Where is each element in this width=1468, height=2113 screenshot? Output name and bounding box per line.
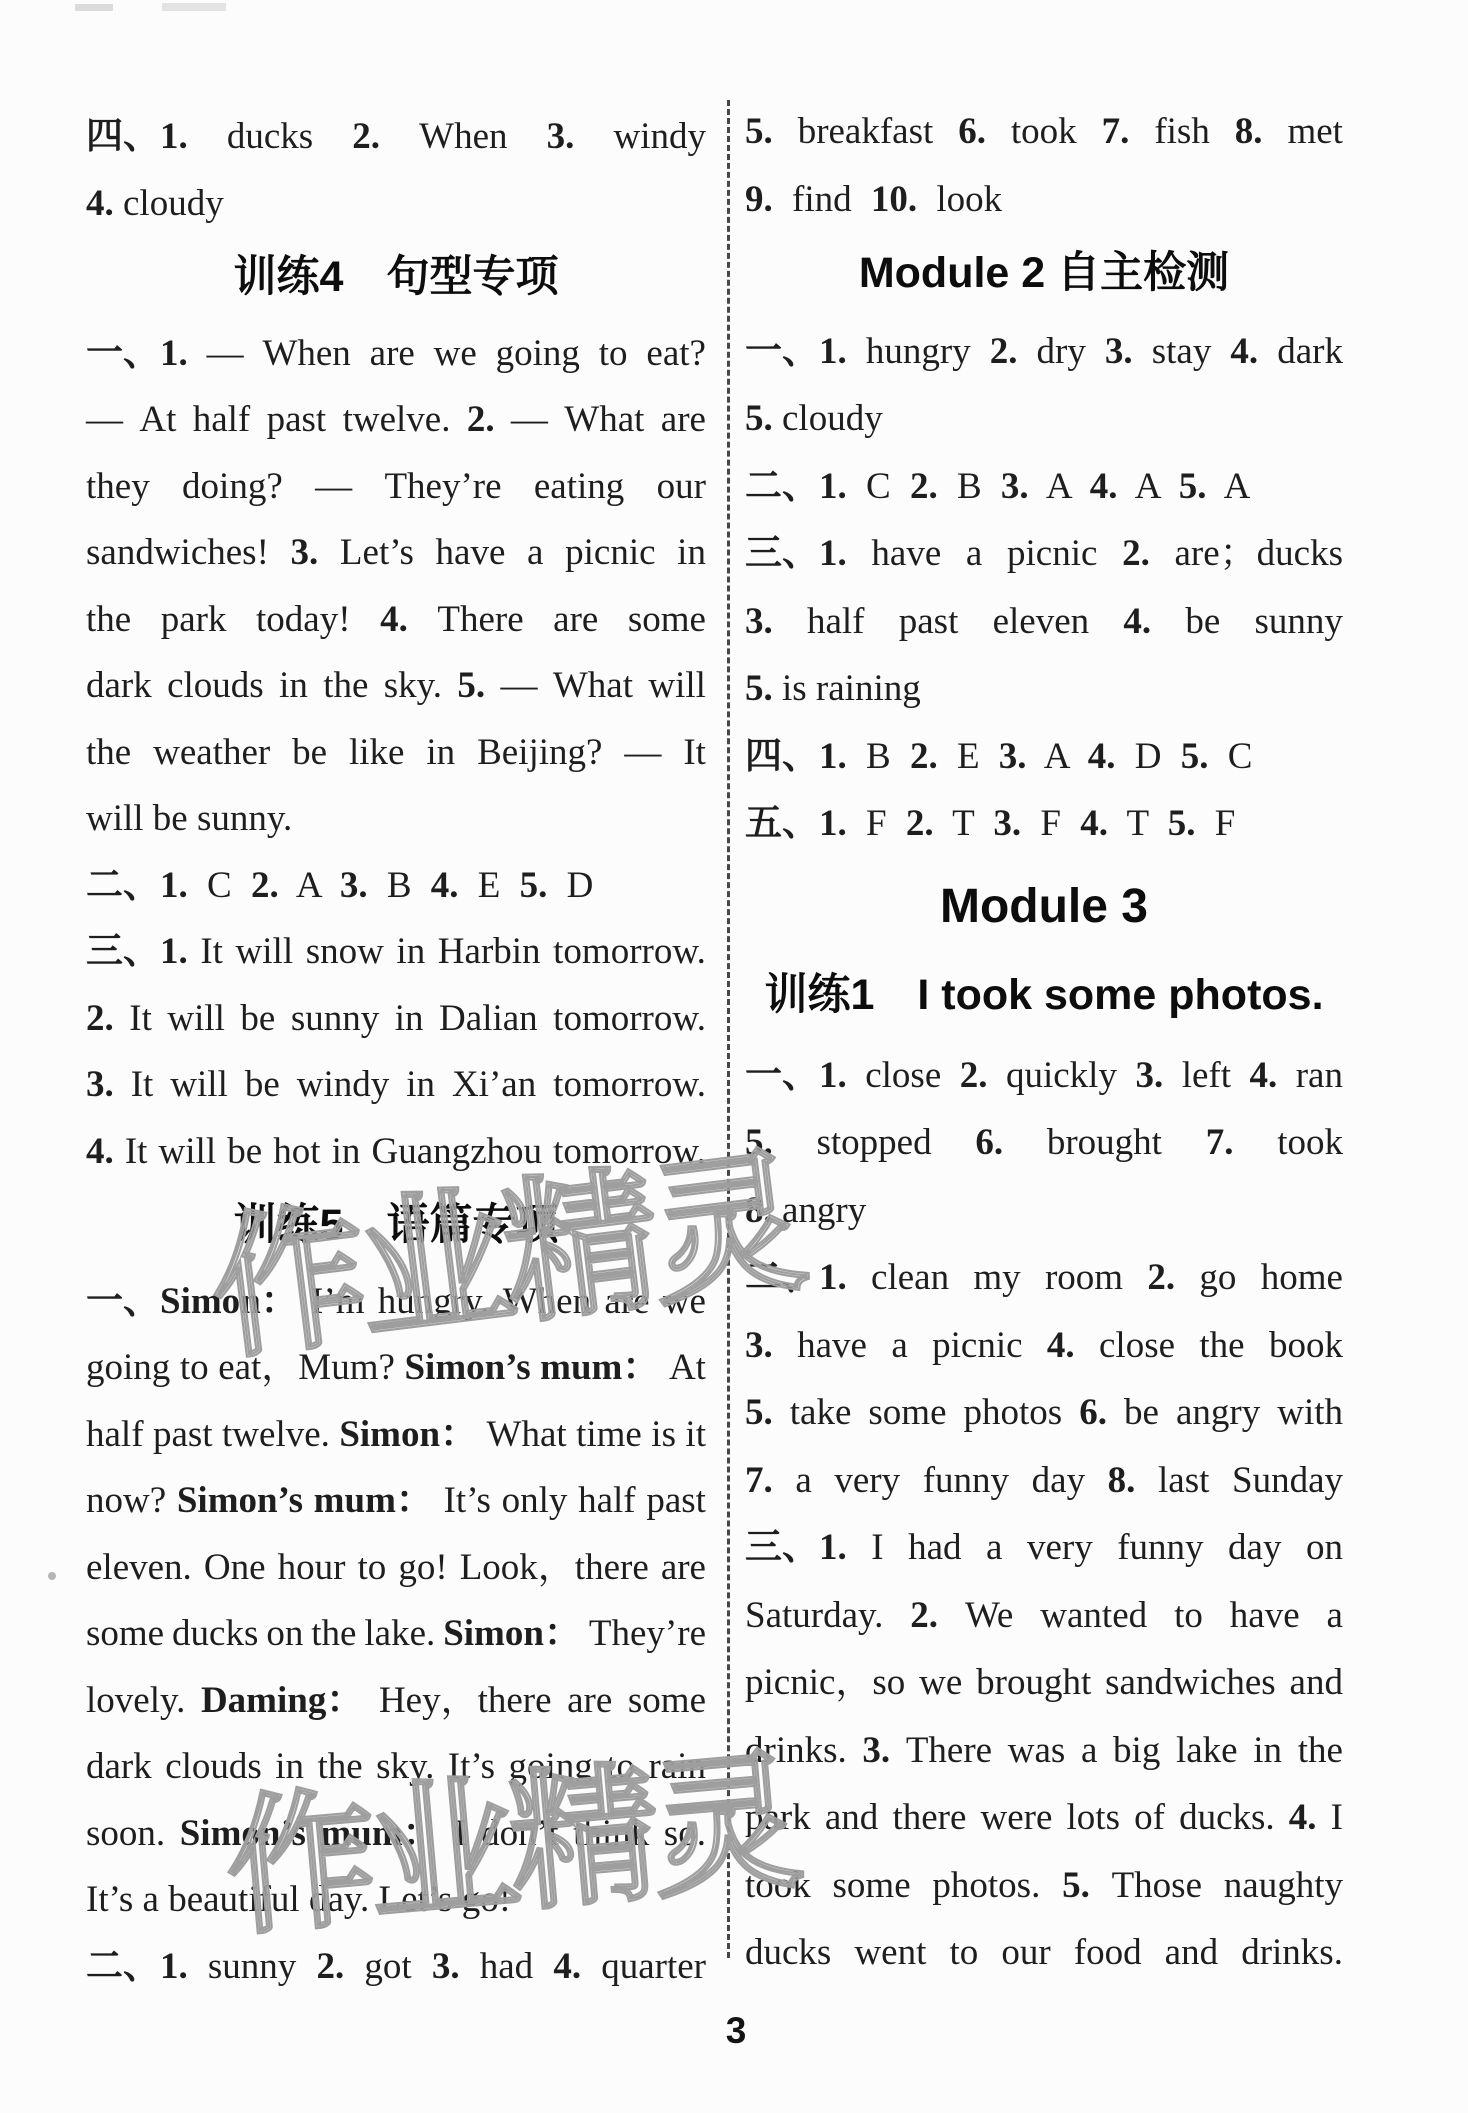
answer-text-line: theweatherbelikeinBeijing?—It <box>86 720 706 787</box>
answer-text-line: 4.ItwillbehotinGuangzhoutomorrow. <box>86 1119 706 1186</box>
section-heading: Module 2 自主检测 <box>745 240 1343 308</box>
answer-text-line: theydoing?—They’reeatingour <box>86 454 706 521</box>
answer-text-line: 二、1.sunny2.got3.had4.quarter <box>86 1934 706 2001</box>
scan-artifact <box>48 1572 56 1580</box>
answer-text-line: 8. angry <box>745 1177 1343 1245</box>
answer-text-line: 一、1.hungry2.dry3.stay4.dark <box>745 318 1343 386</box>
answer-text-line: someducksonthelake.Simon：They’re <box>86 1601 706 1668</box>
answer-text-line: soon.Simon’smum：Idon’tthinkso. <box>86 1801 706 1868</box>
answer-text-line: —Athalfpasttwelve.2.—Whatare <box>86 387 706 454</box>
answer-text-line: It’s a beautiful day. Let’s go! <box>86 1867 706 1934</box>
answer-text-line: 5.stopped6.brought7.took <box>745 1109 1343 1177</box>
answer-text-line: duckswenttoourfoodanddrinks. <box>745 1919 1343 1987</box>
column-divider-dashed-rule <box>727 100 730 1958</box>
right-column: 5.breakfast6.took7.fish8.met9. find 10. … <box>745 98 1343 1987</box>
answer-text-line: eleven.Onehourtogo!Look，thereare <box>86 1535 706 1602</box>
answer-text-line: 3.halfpasteleven4.besunny <box>745 588 1343 656</box>
answer-text-line: now?Simon’smum：It’sonlyhalfpast <box>86 1468 706 1535</box>
answer-text-line: 二、1. C 2. A 3. B 4. E 5. D <box>86 853 706 920</box>
answer-text-line: 五、1. F 2. T 3. F 4. T 5. F <box>745 790 1343 858</box>
answer-text-line: 3.haveapicnic4.closethebook <box>745 1312 1343 1380</box>
answer-text-line: 2.ItwillbesunnyinDaliantomorrow. <box>86 986 706 1053</box>
left-column: 四、1.ducks2.When3.windy4. cloudy训练4 句型专项一… <box>86 104 706 2000</box>
answer-text-line: 7.averyfunnyday8.lastSunday <box>745 1447 1343 1515</box>
answer-text-line: Saturday.2.Wewantedtohavea <box>745 1582 1343 1650</box>
answer-text-line: 4. cloudy <box>86 171 706 238</box>
answer-text-line: theparktoday!4.Therearesome <box>86 587 706 654</box>
answer-text-line: 5. is raining <box>745 655 1343 723</box>
answer-text-line: will be sunny. <box>86 786 706 853</box>
section-heading: 训练4 句型专项 <box>86 244 706 311</box>
answer-text-line: tooksomephotos.5.Thosenaughty <box>745 1852 1343 1920</box>
answer-text-line: 二、1. C 2. B 3. A 4. A 5. A <box>745 453 1343 521</box>
section-heading: 训练1 I took some photos. <box>745 962 1343 1030</box>
answer-text-line: 3.ItwillbewindyinXi’antomorrow. <box>86 1052 706 1119</box>
answer-text-line: 一、1.—Whenarewegoingtoeat? <box>86 321 706 388</box>
answer-text-line: 一、1.close2.quickly3.left4.ran <box>745 1042 1343 1110</box>
answer-text-line: halfpasttwelve.Simon：Whattimeisit <box>86 1402 706 1469</box>
answer-text-line: 5.takesomephotos6.beangrywith <box>745 1379 1343 1447</box>
answer-text-line: 三、1.Ihadaveryfunnydayon <box>745 1514 1343 1582</box>
answer-text-line: lovely.Daming：Hey，therearesome <box>86 1668 706 1735</box>
section-heading: Module 3 <box>745 873 1343 941</box>
scan-artifact <box>162 3 226 11</box>
scan-artifact <box>75 4 113 11</box>
answer-text-line: 5. cloudy <box>745 385 1343 453</box>
answer-text-line: 9. find 10. look <box>745 166 1343 234</box>
section-heading: 训练5 语篇专项 <box>86 1192 706 1259</box>
answer-text-line: 四、1. B 2. E 3. A 4. D 5. C <box>745 723 1343 791</box>
page-number: 3 <box>704 2008 768 2054</box>
answer-text-line: darkcloudsinthesky.It’sgoingtorain <box>86 1734 706 1801</box>
scanned-answer-page: 四、1.ducks2.When3.windy4. cloudy训练4 句型专项一… <box>0 0 1468 2113</box>
answer-text-line: 四、1.ducks2.When3.windy <box>86 104 706 171</box>
answer-text-line: parkandtherewerelotsofducks.4.I <box>745 1784 1343 1852</box>
answer-text-line: sandwiches!3.Let’shaveapicnicin <box>86 520 706 587</box>
answer-text-line: goingtoeat，Mum?Simon’smum：At <box>86 1335 706 1402</box>
answer-text-line: darkcloudsinthesky.5.—Whatwill <box>86 653 706 720</box>
answer-text-line: 二、1.cleanmyroom2.gohome <box>745 1244 1343 1312</box>
answer-text-line: drinks.3.Therewasabiglakeinthe <box>745 1717 1343 1785</box>
answer-text-line: 一、Simon：I’mhungry.Whenarewe <box>86 1269 706 1336</box>
answer-text-line: 三、1.ItwillsnowinHarbintomorrow. <box>86 919 706 986</box>
answer-text-line: picnic，sowebroughtsandwichesand <box>745 1649 1343 1717</box>
answer-text-line: 三、1.haveapicnic2.are；ducks <box>745 520 1343 588</box>
answer-text-line: 5.breakfast6.took7.fish8.met <box>745 98 1343 166</box>
